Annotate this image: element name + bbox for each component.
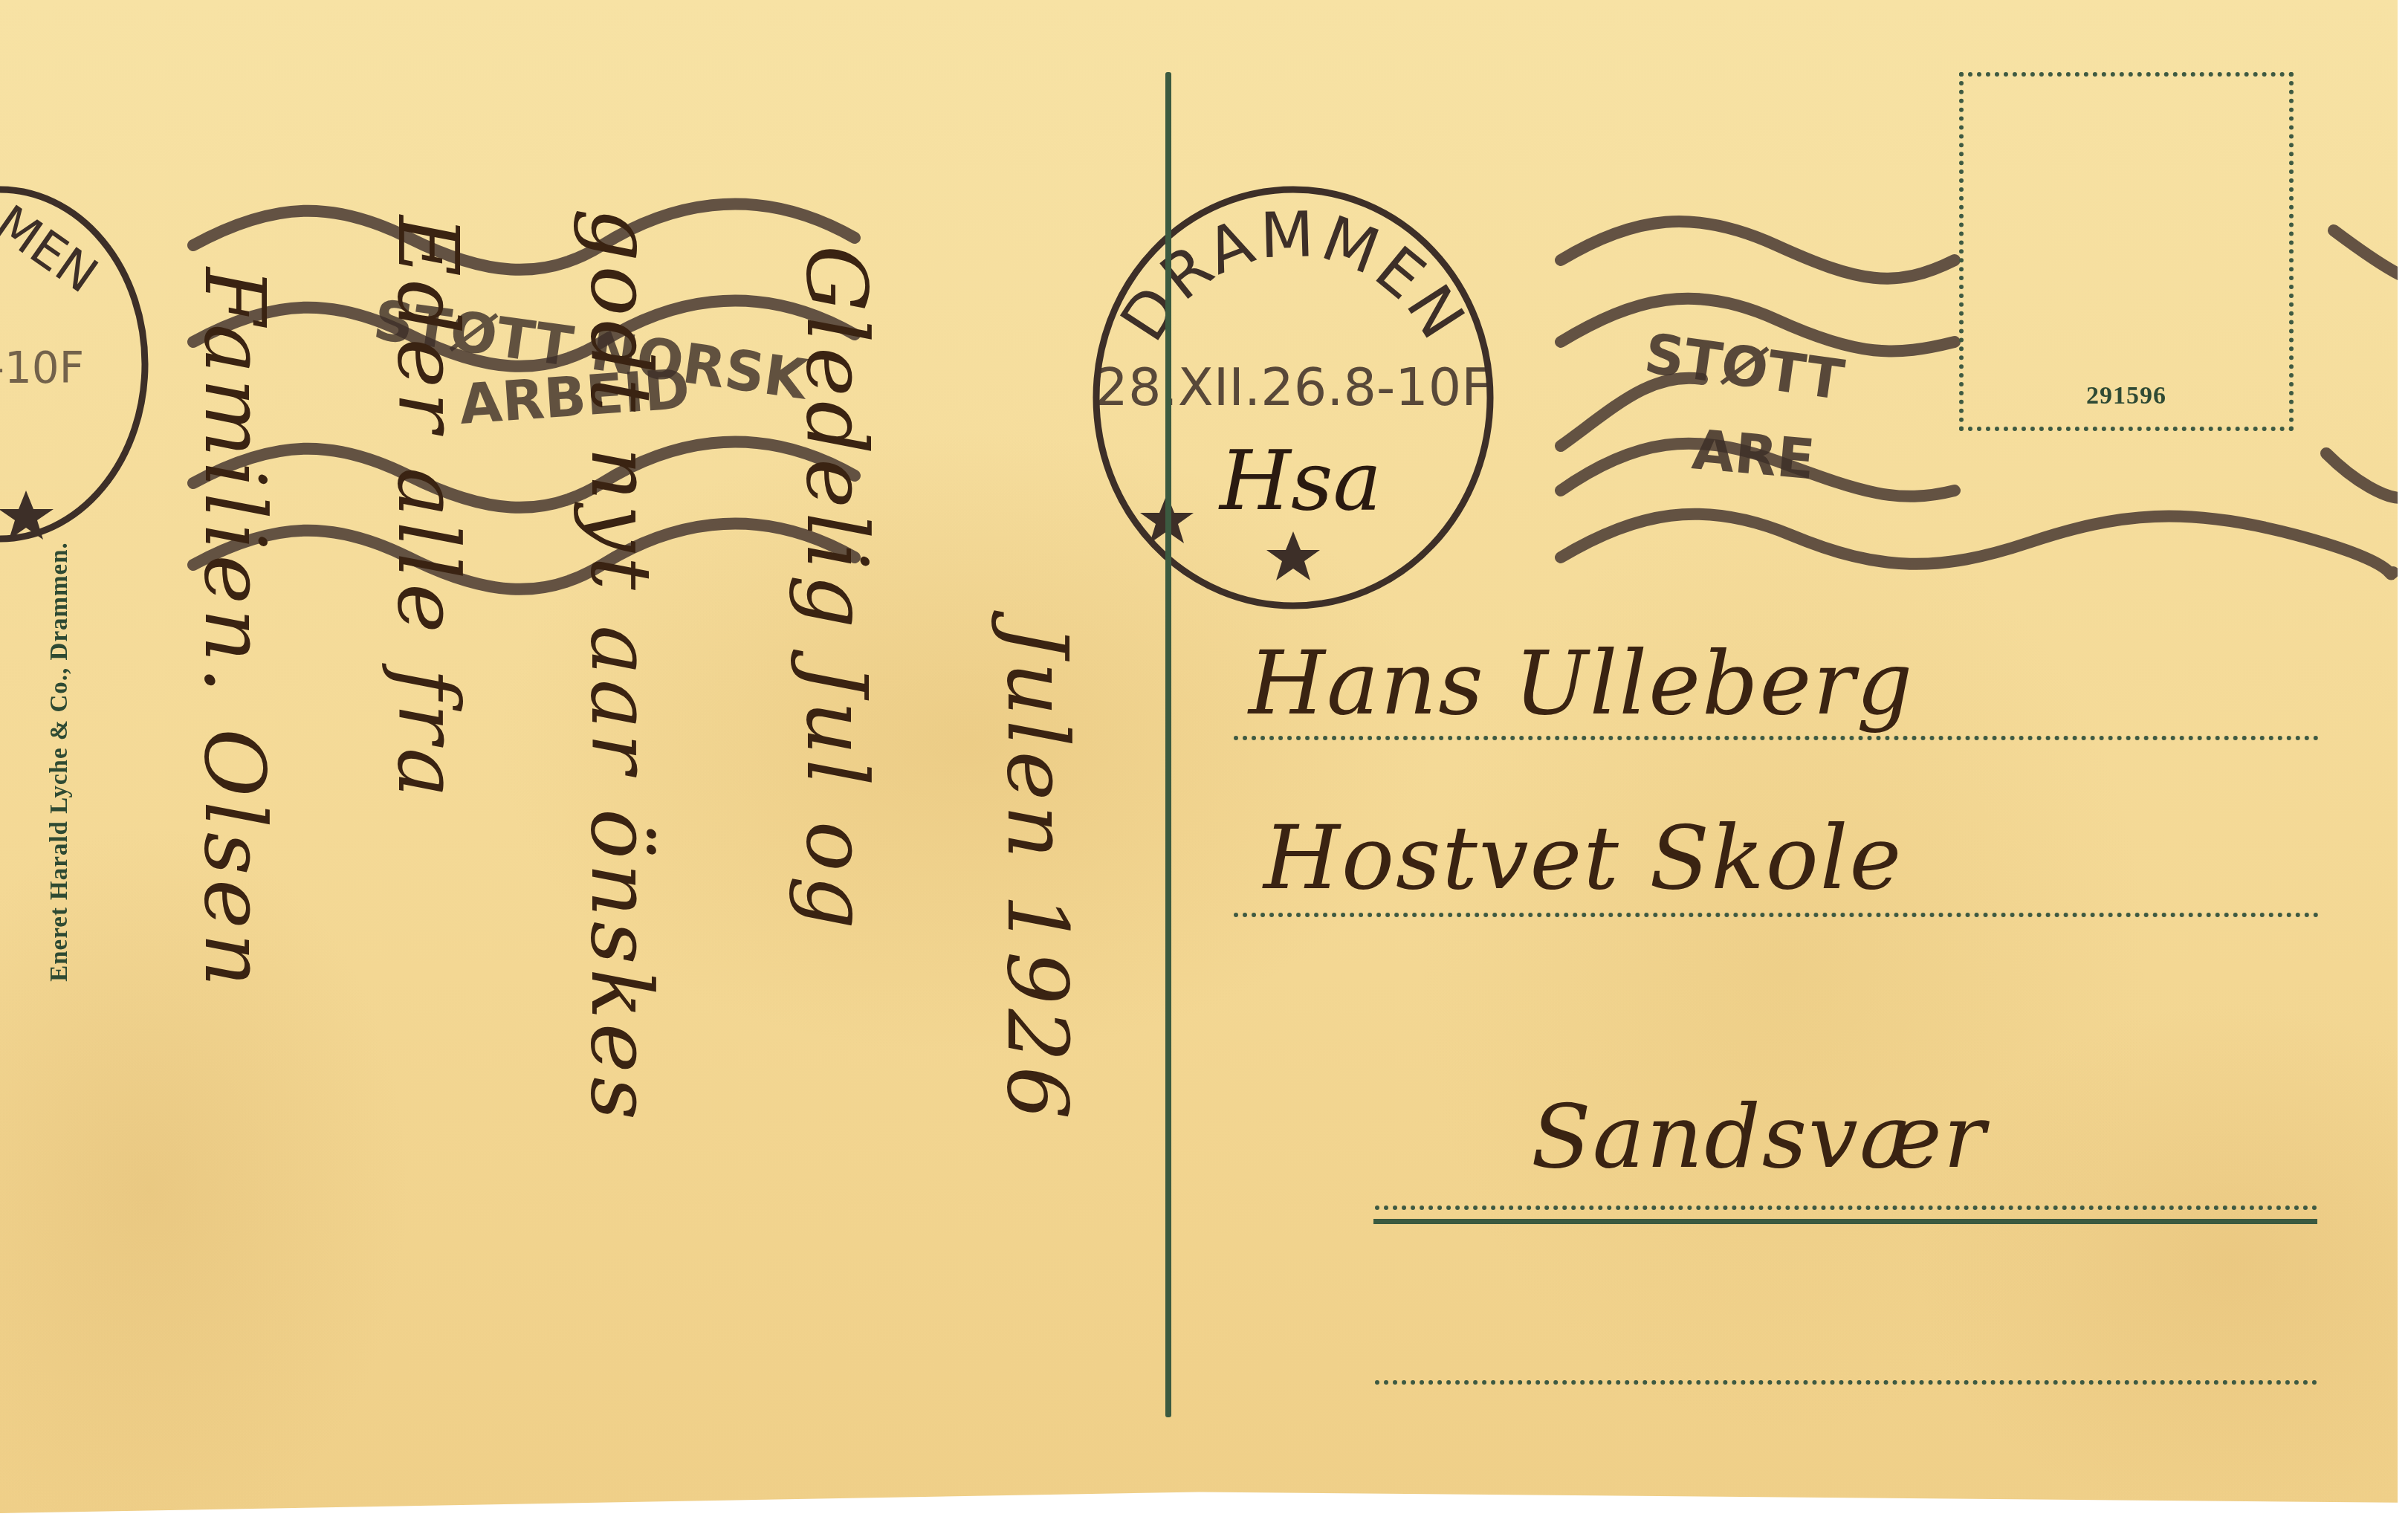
postmark-partial-left: MEN -10F — [0, 171, 164, 561]
star-icon — [1266, 531, 1320, 580]
stamp-box: 291596 — [1959, 72, 2294, 431]
address-rule-3 — [1375, 1205, 2317, 1210]
partial-postmark-time: -10F — [0, 343, 84, 393]
publisher-imprint: Eneret Harald Lyche & Co., Drammen. — [46, 542, 74, 982]
center-divider — [1165, 72, 1171, 1417]
address-line-2: Hostvet Skole — [1263, 806, 1903, 909]
stamp-serial-number: 291596 — [1964, 382, 2289, 410]
address-line-1: Hans Ulleberg — [1249, 632, 1914, 734]
message-column-2: Gledelig Jul og — [788, 245, 884, 933]
postmark-manuscript: Hsa — [1218, 433, 1382, 528]
address-solid-rule — [1373, 1219, 2317, 1224]
address-rule-2 — [1234, 913, 2319, 917]
message-column-3: godt nyt aar önskes — [572, 208, 669, 1124]
postmark-drammen: DRAMMEN 28.XII.26.8-10F Hsa — [1078, 182, 1509, 617]
postcard-back: STØTT NORSK ARBEID STØTT ARE MEN -10F — [0, 0, 2398, 1513]
message-column-1: Julen 1926 — [988, 624, 1085, 1124]
address-rule-4 — [1375, 1380, 2317, 1385]
partial-postmark-town: MEN — [0, 194, 108, 304]
postmark-date: 28.XII.26.8-10F — [1095, 357, 1491, 418]
message-column-5: Familien. Olsen — [186, 268, 282, 991]
postmark-town: DRAMMEN — [1106, 198, 1480, 354]
address-rule-1 — [1234, 736, 2319, 740]
address-line-3: Sandsvær — [1531, 1085, 1987, 1188]
message-column-4: Eder alle fra — [379, 216, 476, 802]
svg-text:DRAMMEN: DRAMMEN — [1106, 198, 1480, 354]
cancel-fragment-line2: ARE — [1689, 418, 1817, 492]
